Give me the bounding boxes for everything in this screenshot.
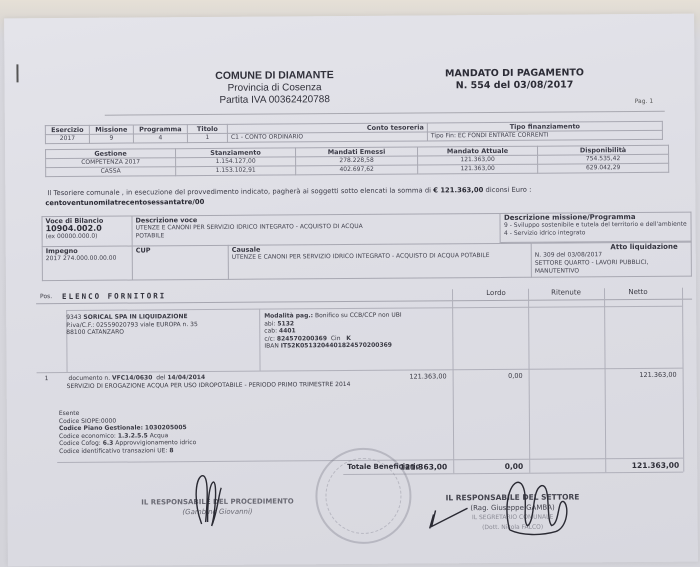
cofog-desc: Approvvigionamento idrico [115, 439, 196, 447]
divider [528, 289, 530, 473]
piano-value: 1030205005 [145, 424, 187, 431]
col-programma: Programma [133, 125, 187, 134]
payment-statement: Il Tesoriere comunale , in esecuzione de… [45, 184, 685, 208]
line-netto: 121.363,00 [617, 371, 677, 379]
issuer-name: COMUNE DI DIAMANTE [215, 69, 334, 82]
amount-in-words: centoventunomilatrecentosessantatre/00 [45, 198, 204, 207]
modalita-value: Bonifico su CCB/CCP non UBI [315, 312, 402, 320]
document-date-label: del [156, 374, 165, 381]
document-number: N. 554 del 03/08/2017 [415, 79, 615, 92]
official-seal [315, 448, 412, 545]
total-netto: 121.363,00 [619, 461, 679, 470]
handwritten-signature-1 [187, 472, 227, 532]
statement-text: Il Tesoriere comunale , in esecuzione de… [47, 186, 431, 197]
supplier-block: 9343 SORICAL SPA IN LIQUIDAZIONE P.iva/C… [66, 313, 198, 336]
cofog-label: Codice Cofog: [59, 440, 101, 447]
atto-line-2: SETTORE QUARTO - LAVORI PUBBLICI, MANUTE… [535, 259, 688, 276]
missione-line-2: 4 - Servizio idrico integrato [504, 229, 688, 238]
cell-missione: 9 [89, 134, 133, 143]
col-missione: Missione [89, 125, 133, 134]
supplier-city: 88100 CATANZARO [66, 329, 124, 336]
iban-label: IBAN [264, 343, 279, 350]
economico-label: Codice economico: [59, 432, 116, 439]
issuer-vat: Partita IVA 00362420788 [219, 94, 330, 106]
line-position: 1 [45, 375, 67, 383]
document-number: VFC14/0630 [112, 374, 152, 381]
esente-label: Esente [59, 410, 80, 417]
cell-titolo: 1 [187, 133, 227, 142]
cell-tipo-finanziamento: Tipo Fin: EC FONDI ENTRATE CORRENTI [427, 130, 662, 141]
economico-desc: Acqua [150, 432, 169, 439]
margin-mark [16, 64, 18, 82]
missione-line-1: 9 - Sviluppo sostenibile e tutela del te… [504, 221, 688, 230]
cc-value: 824570200369 [277, 335, 327, 342]
divider [452, 289, 454, 473]
col-netto: Netto [608, 288, 668, 296]
cin-value: K [346, 335, 351, 342]
voce-bilancio-ex: (ex 00000.000.0) [46, 233, 129, 242]
col-ritenute: Ritenute [536, 288, 596, 296]
col-esercizio: Esercizio [45, 125, 89, 134]
ue-value: 8 [169, 447, 173, 454]
descrizione-voce: UTENZE E CANONI PER SERVIZIO IDRICO INTE… [136, 223, 376, 241]
cofog-value: 6.3 [103, 440, 114, 447]
divider [66, 306, 682, 311]
atto-label: Atto liquidazione [535, 243, 688, 252]
budget-table: Gestione Stanziamento Mandati Emessi Man… [45, 145, 669, 177]
line-description: SERVIZIO DI EROGAZIONE ACQUA PER USO IDR… [67, 381, 351, 390]
handwritten-signature-2 [417, 469, 587, 540]
divider [682, 288, 684, 472]
iban-value: IT52K0513204401824570200369 [281, 342, 392, 350]
supplier-vat-address: P.iva/C.F.: 02559020793 viale EUROPA n. … [66, 321, 198, 329]
piano-label: Codice Piano Gestionale: [59, 424, 143, 432]
causale-value: UTENZE E CANONI PER SERVIZIO IDRICO INTE… [232, 252, 528, 262]
abi-label: abi: [264, 320, 275, 327]
cell-programma: 4 [133, 134, 187, 143]
line-ritenute: 0,00 [463, 372, 523, 380]
cab-value: 4401 [279, 327, 296, 334]
cell-mandato-attuale: 121.363,00 [418, 164, 538, 174]
suppliers-header: Pos. ELENCO FORNITORI Lordo Ritenute Net… [36, 286, 692, 305]
abi-value: 5132 [277, 320, 294, 327]
line-lordo: 121.363,00 [387, 372, 447, 380]
cell-disponibilita: 629.042,29 [538, 163, 669, 173]
statement-amount: € 121.363,00 [433, 186, 483, 194]
divider [37, 368, 683, 374]
budget-item-table: Voce di Bilancio 10904.002.0 (ex 00000.0… [41, 212, 691, 282]
issuer-block: COMUNE DI DIAMANTE Provincia di Cosenza … [174, 69, 374, 107]
impegno-value: 2017 274.000.00.00.00 [46, 255, 129, 264]
cell-conto-tesoreria: C1 - CONTO ORDINARIO [227, 132, 427, 142]
payment-method-block: Modalità pag.: Bonifico su CCB/CCP non U… [264, 312, 402, 350]
pos-label: Pos. [40, 293, 52, 300]
page-number: Pag. 1 [635, 98, 654, 105]
modalita-label: Modalità pag.: [264, 312, 313, 319]
col-lordo: Lordo [466, 289, 526, 297]
cell-mandati-emessi: 402.697,62 [296, 165, 418, 175]
codes-block: Esente Codice SIOPE:0000 Codice Piano Ge… [59, 409, 196, 455]
cup-label: CUP [136, 246, 225, 255]
ue-label: Codice identificativo transazioni UE: [59, 447, 167, 455]
statement-suffix: diconsi Euro : [485, 186, 531, 194]
cell-esercizio: 2017 [45, 134, 89, 143]
suppliers-title: ELENCO FORNITORI [62, 291, 166, 301]
col-titolo: Titolo [187, 124, 227, 133]
economico-value: 1.3.2.5.5 [118, 432, 148, 439]
divider [259, 309, 260, 371]
supplier-code: 9343 [66, 314, 81, 321]
classification-table: Esercizio Missione Programma Titolo Cont… [45, 121, 663, 144]
invoice-line: 1 documento n. VFC14/0630 del 14/04/2014… [45, 373, 351, 390]
document-label: documento n. [69, 375, 111, 382]
cell-gestione: CASSA [46, 167, 176, 177]
cab-label: cab: [264, 328, 277, 335]
divider [604, 288, 606, 472]
cell-stanziamento: 1.153.102,91 [176, 166, 296, 176]
supplier-name: SORICAL SPA IN LIQUIDAZIONE [83, 313, 187, 321]
seal-emblem [325, 458, 402, 535]
cin-label: Cin [331, 335, 341, 342]
document-date: 14/04/2014 [167, 374, 205, 381]
payment-order-document: COMUNE DI DIAMANTE Provincia di Cosenza … [4, 14, 698, 567]
issuer-province: Provincia di Cosenza [228, 82, 322, 94]
siope-code: Codice SIOPE:0000 [59, 417, 116, 424]
document-title-block: MANDATO DI PAGAMENTO N. 554 del 03/08/20… [414, 67, 614, 92]
cc-label: c/c: [264, 335, 275, 342]
